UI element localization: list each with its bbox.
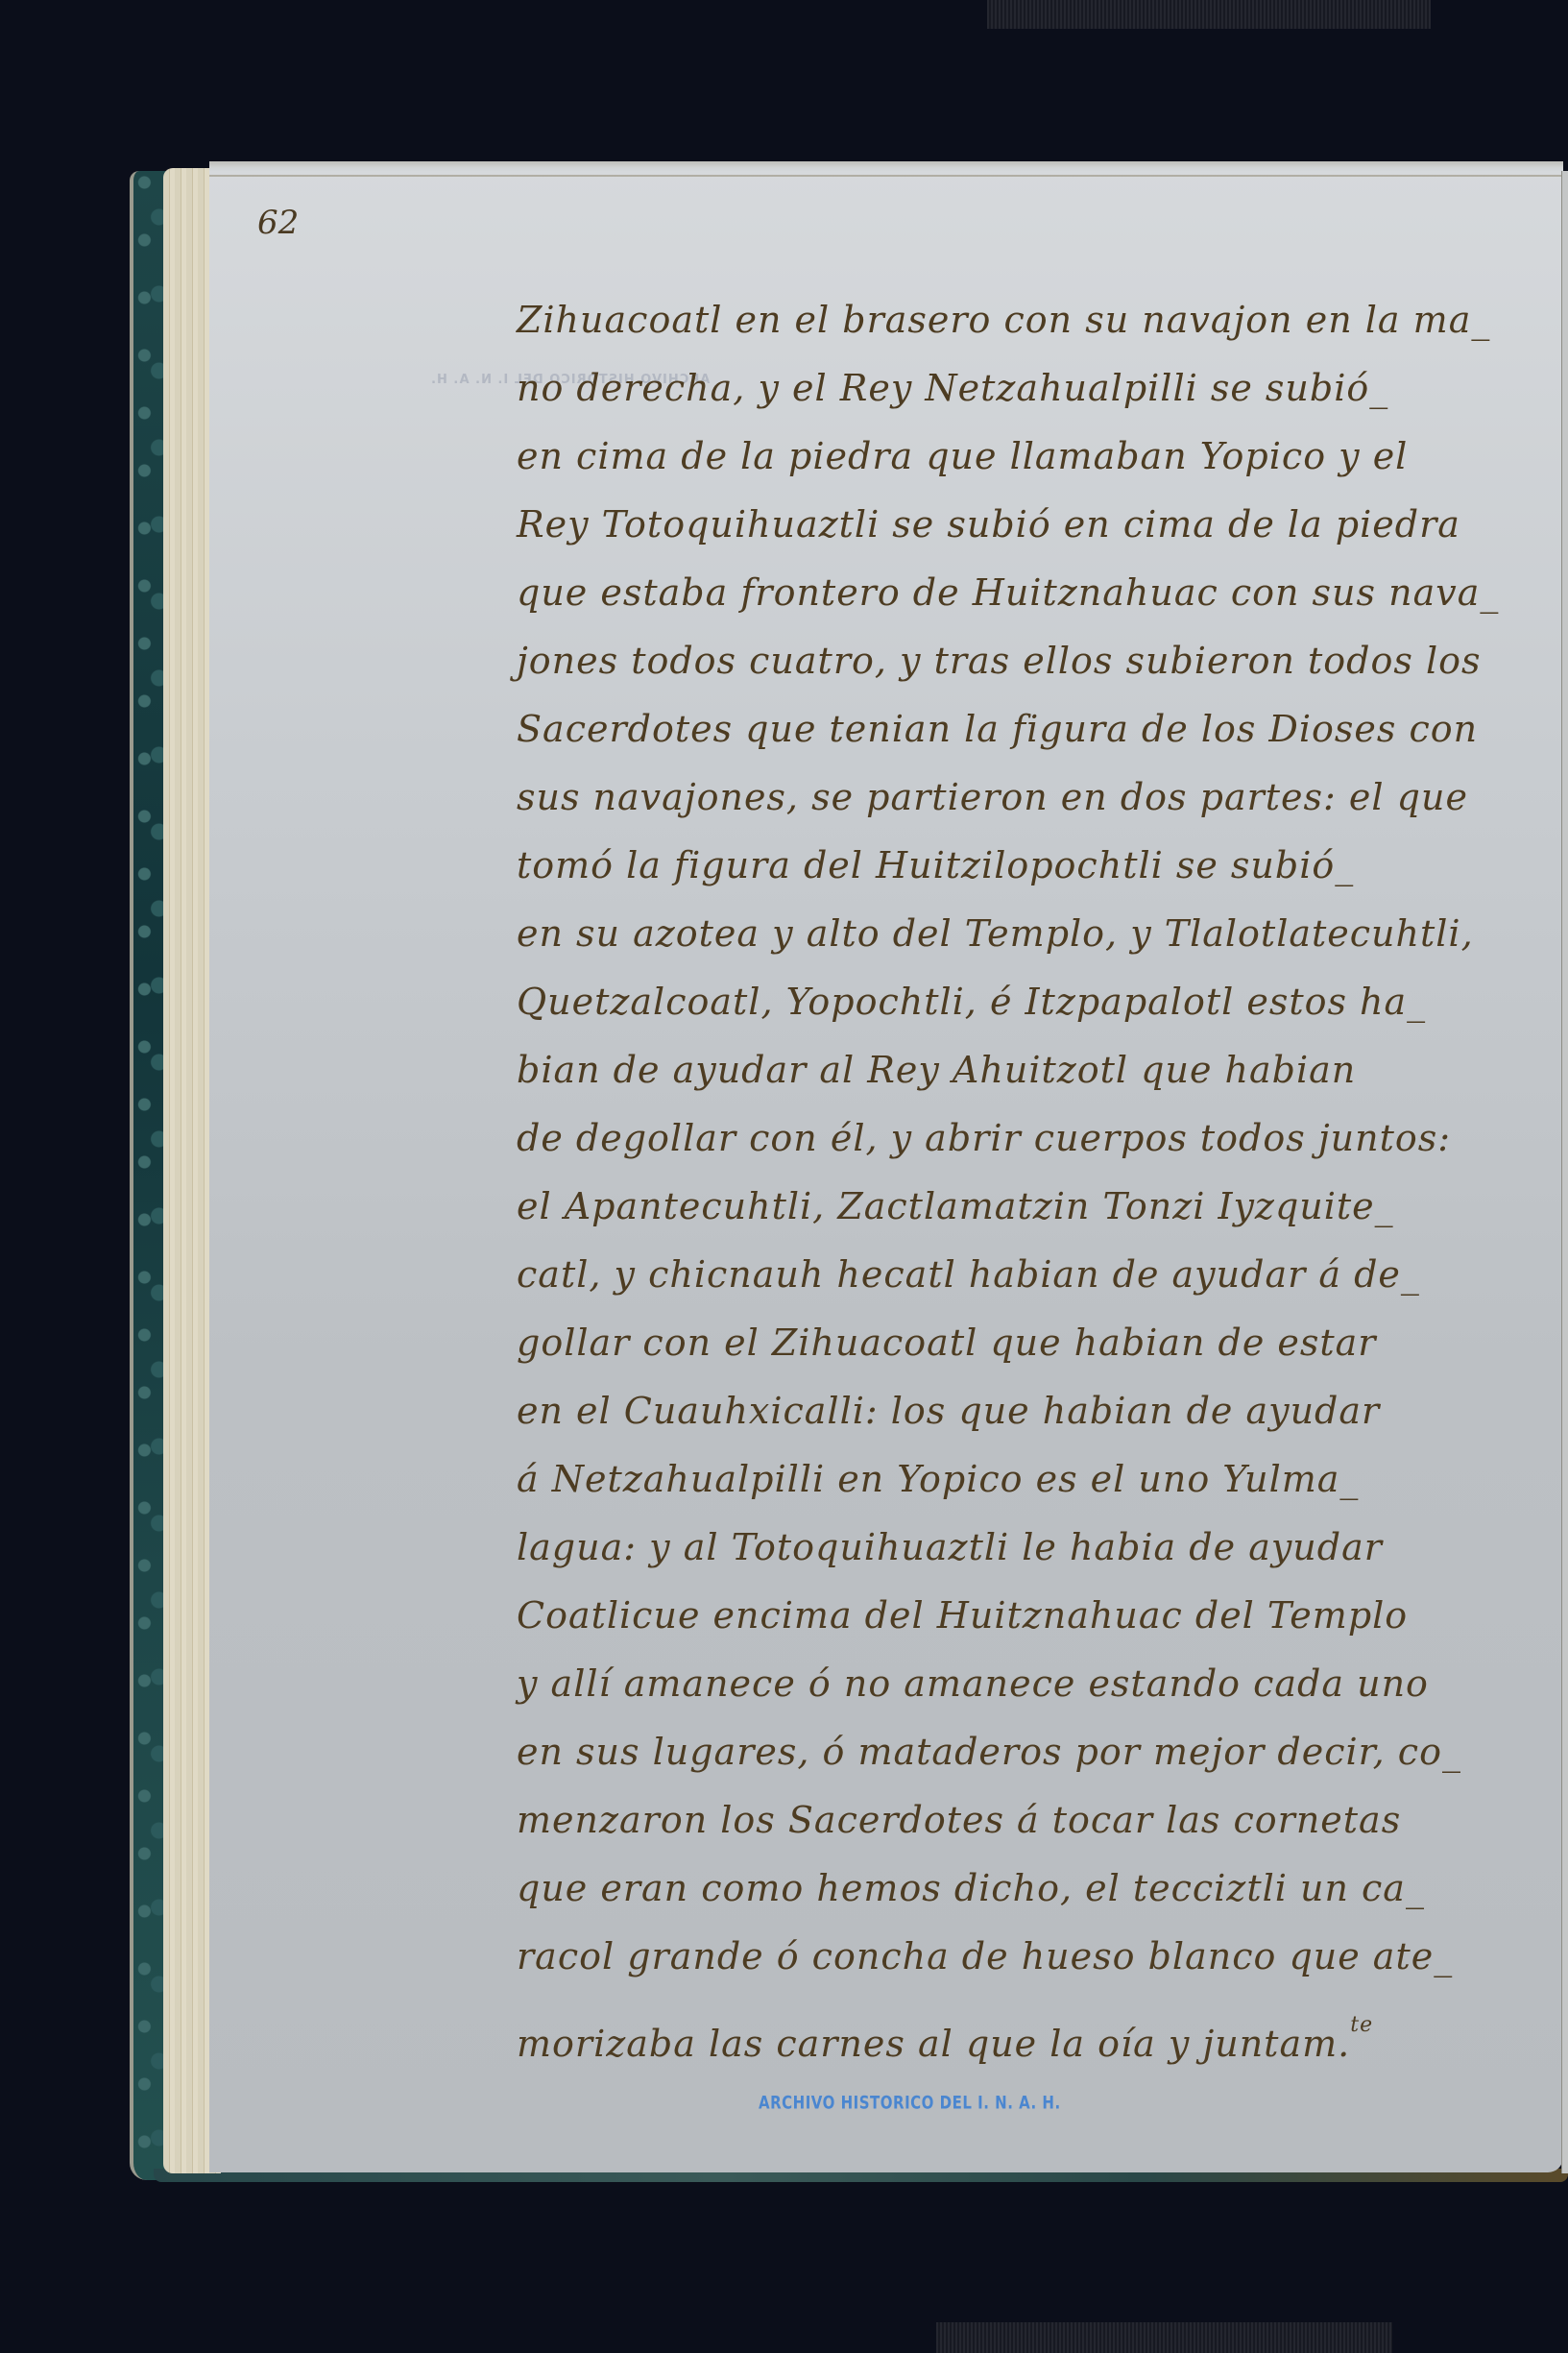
handwritten-text-block: Zihuacoatl en el brasero con su navajon … [517,286,1554,2059]
text-line: racol grande ó concha de hueso blanco qu… [517,1923,1554,1991]
text-line: á Netzahualpilli en Yopico es el uno Yul… [517,1445,1554,1514]
text-line: el Apantecuhtli, Zactlamatzin Tonzi Iyzq… [517,1173,1554,1241]
text-line: bian de ayudar al Rey Ahuitzotl que habi… [517,1036,1554,1104]
text-line: Coatlicue encima del Huitznahuac del Tem… [517,1582,1554,1650]
text-line: tomó la figura del Huitzilopochtli se su… [517,832,1554,900]
text-line: menzaron los Sacerdotes á tocar las corn… [517,1786,1554,1855]
text-line: en sus lugares, ó mataderos por mejor de… [517,1718,1554,1786]
text-line: que estaba frontero de Huitznahuac con s… [517,559,1554,627]
text-line: Rey Totoquihuaztli se subió en cima de l… [517,491,1554,559]
text-line-with-superscript: morizaba las carnes al que la oía y junt… [517,1991,1554,2059]
text-line: gollar con el Zihuacoatl que habian de e… [517,1309,1554,1377]
text-line: no derecha, y el Rey Netzahualpilli se s… [517,354,1554,423]
text-line: catl, y chicnauh hecatl habian de ayudar… [517,1241,1554,1309]
text-line: en cima de la piedra que llamaban Yopico… [517,423,1554,491]
superscript: te [1350,2013,1373,2037]
fabric-background-patch-bottom [936,2322,1392,2353]
text-line: de degollar con él, y abrir cuerpos todo… [517,1104,1554,1173]
text-line: Quetzalcoatl, Yopochtli, é Itzpapalotl e… [517,968,1554,1036]
text-line: y allí amanece ó no amanece estando cada… [517,1650,1554,1718]
facing-page-edge [1561,171,1568,2173]
text-line: que eran como hemos dicho, el tecciztli … [517,1855,1554,1923]
manuscript-page: 62 ARCHIVO HISTORICO DEL I. N. A. H. Zih… [209,161,1563,2172]
text-line: jones todos cuatro, y tras ellos subiero… [517,627,1554,695]
text-line: sus navajones, se partieron en dos parte… [517,764,1554,832]
fabric-background-patch-top [987,0,1431,29]
line-text: en su azotea y alto del Templo, y Tlalot… [517,912,1474,955]
page-top-crease [209,175,1563,177]
text-line: lagua: y al Totoquihuaztli le habia de a… [517,1514,1554,1582]
page-number: 62 [257,204,299,242]
line-text: morizaba las carnes al que la oía y junt… [517,2023,1350,2065]
text-line: Zihuacoatl en el brasero con su navajon … [517,286,1554,354]
text-line: en el Cuauhxicalli: los que habian de ay… [517,1377,1554,1445]
archive-stamp: ARCHIVO HISTORICO DEL I. N. A. H. [759,2092,1061,2114]
text-line-with-superscript: en su azotea y alto del Templo, y Tlalot… [517,900,1554,968]
text-line: Sacerdotes que tenian la figura de los D… [517,695,1554,764]
